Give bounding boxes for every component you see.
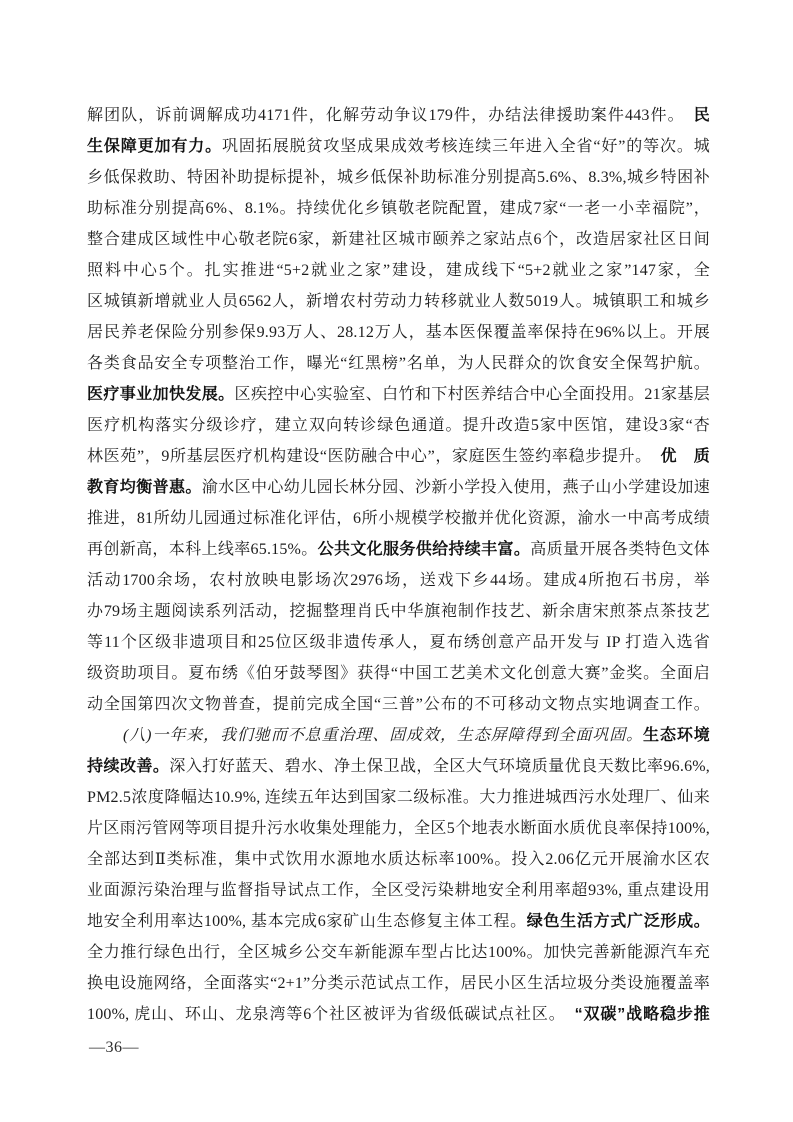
kai-italic-text: (八)一年来，我们驰而不息重治理、固成效，生态屏障得到全面巩固。 <box>123 727 643 744</box>
text-line: 级资助项目。夏布绣《伯牙鼓琴图》获得“中国工艺美术文化创意大赛”金奖。全面启 <box>87 658 710 689</box>
body-text: 区疾控中心实验室、白竹和下村医养结合中心全面投用。21家基层 <box>235 386 710 403</box>
text-line: 办79场主题阅读系列活动，挖掘整理肖氏中华旗袍制作技艺、新余唐宋煎茶点茶技艺 <box>87 596 710 627</box>
body-text: 片区雨污管网等项目提升污水收集处理能力，全区5个地表水断面水质优良率保持100%… <box>87 820 710 837</box>
emphasis-text: 持续改善。 <box>87 758 169 775</box>
emphasis-text: “双碳”战略稳步推 <box>575 1006 710 1023</box>
text-line: 全力推行绿色出行，全区城乡公交车新能源车型占比达100%。加快完善新能源汽车充 <box>87 937 710 968</box>
emphasis-text: 生保障更加有力。 <box>87 138 222 155</box>
text-line: 地安全利用率达100%, 基本完成6家矿山生态修复主体工程。绿色生活方式广泛形成… <box>87 906 710 937</box>
body-text: 全部达到Ⅱ类标准，集中式饮用水源地水质达标率100%。投入2.06亿元开展渝水区… <box>87 851 710 868</box>
text-line: 助标准分别提高6%、8.1%。持续优化乡镇敬老院配置，建成7家“一老一小幸福院”… <box>87 193 710 224</box>
emphasis-text: 生态环境 <box>643 727 710 744</box>
text-line: 各类食品安全专项整治工作，曝光“红黑榜”名单，为人民群众的饮食安全保驾护航。 <box>87 348 710 379</box>
text-line: 100%, 虎山、环山、龙泉湾等6个社区被评为省级低碳试点社区。 “双碳”战略稳… <box>87 999 710 1030</box>
body-text: 助标准分别提高6%、8.1%。持续优化乡镇敬老院配置，建成7家“一老一小幸福院”… <box>87 200 710 217</box>
text-line: 整合建成区域性中心敬老院6家，新建社区城市颐养之家站点6个，改造居家社区日间 <box>87 224 710 255</box>
text-line: 生保障更加有力。巩固拓展脱贫攻坚成果成效考核连续三年进入全省“好”的等次。城 <box>87 131 710 162</box>
document-page: 解团队，诉前调解成功4171件，化解劳动争议179件，办结法律援助案件443件。… <box>0 0 793 1122</box>
body-text: 动全国第四次文物普查，提前完成全国“三普”公布的不可移动文物点实地调查工作。 <box>87 696 710 713</box>
body-text: 巩固拓展脱贫攻坚成果成效考核连续三年进入全省“好”的等次。城 <box>222 138 710 155</box>
body-text: 渝水区中心幼儿园长林分园、沙新小学投入使用，燕子山小学建设加速 <box>202 479 710 496</box>
text-line: PM2.5浓度降幅达10.9%, 连续五年达到国家二级标准。大力推进城西污水处理… <box>87 782 710 813</box>
body-text: 推进，81所幼儿园通过标准化评估，6所小规模学校撤并优化资源，渝水一中高考成绩 <box>87 510 710 527</box>
body-text: 100%, 虎山、环山、龙泉湾等6个社区被评为省级低碳试点社区。 <box>87 1006 575 1023</box>
emphasis-text: 公共文化服务供给持续丰富。 <box>318 541 531 558</box>
text-line: 医疗事业加快发展。区疾控中心实验室、白竹和下村医养结合中心全面投用。21家基层 <box>87 379 710 410</box>
text-line: 活动1700余场，农村放映电影场次2976场，送戏下乡44场。建成4所抱石书房，… <box>87 565 710 596</box>
emphasis-text: 绿色生活方式广泛形成。 <box>527 913 710 930</box>
text-line: 乡低保救助、特困补助提标提补，城乡低保补助标准分别提高5.6%、8.3%,城乡特… <box>87 162 710 193</box>
body-text: 办79场主题阅读系列活动，挖掘整理肖氏中华旗袍制作技艺、新余唐宋煎茶点茶技艺 <box>87 603 710 620</box>
text-line: 教育均衡普惠。渝水区中心幼儿园长林分园、沙新小学投入使用，燕子山小学建设加速 <box>87 472 710 503</box>
body-text: 换电设施网络，全面落实“2+1”分类示范试点工作，居民小区生活垃圾分类设施覆盖率 <box>87 975 710 992</box>
body-text: 居民养老保险分别参保9.93万人、28.12万人，基本医保覆盖率保持在96%以上… <box>87 324 710 341</box>
text-line: 居民养老保险分别参保9.93万人、28.12万人，基本医保覆盖率保持在96%以上… <box>87 317 710 348</box>
body-text: 照料中心5个。扎实推进“5+2就业之家”建设，建成线下“5+2就业之家”147家… <box>87 262 710 279</box>
text-line: (八)一年来，我们驰而不息重治理、固成效，生态屏障得到全面巩固。生态环境 <box>87 720 710 751</box>
body-text: 活动1700余场，农村放映电影场次2976场，送戏下乡44场。建成4所抱石书房，… <box>87 572 710 589</box>
text-line: 换电设施网络，全面落实“2+1”分类示范试点工作，居民小区生活垃圾分类设施覆盖率 <box>87 968 710 999</box>
body-text: 林医苑”，9所基层医疗机构建设“医防融合中心”，家庭医生签约率稳步提升。 <box>87 448 660 465</box>
body-text: 再创新高，本科上线率65.15%。 <box>87 541 318 558</box>
body-text: 地安全利用率达100%, 基本完成6家矿山生态修复主体工程。 <box>87 913 527 930</box>
text-line: 区城镇新增就业人员6562人，新增农村劳动力转移就业人数5019人。城镇职工和城… <box>87 286 710 317</box>
text-line: 再创新高，本科上线率65.15%。公共文化服务供给持续丰富。高质量开展各类特色文… <box>87 534 710 565</box>
text-line: 等11个区级非遗项目和25位区级非遗传承人，夏布绣创意产品开发与 IP 打造入选… <box>87 627 710 658</box>
text-line: 推进，81所幼儿园通过标准化评估，6所小规模学校撤并优化资源，渝水一中高考成绩 <box>87 503 710 534</box>
body-text: 整合建成区域性中心敬老院6家，新建社区城市颐养之家站点6个，改造居家社区日间 <box>87 231 710 248</box>
text-line: 片区雨污管网等项目提升污水收集处理能力，全区5个地表水断面水质优良率保持100%… <box>87 813 710 844</box>
text-line: 全部达到Ⅱ类标准，集中式饮用水源地水质达标率100%。投入2.06亿元开展渝水区… <box>87 844 710 875</box>
body-text: 级资助项目。夏布绣《伯牙鼓琴图》获得“中国工艺美术文化创意大赛”金奖。全面启 <box>87 665 710 682</box>
emphasis-text: 民 <box>694 107 710 124</box>
text-line: 动全国第四次文物普查，提前完成全国“三普”公布的不可移动文物点实地调查工作。 <box>87 689 710 720</box>
text-line: 医疗机构落实分级诊疗，建立双向转诊绿色通道。提升改造5家中医馆，建设3家“杏 <box>87 410 710 441</box>
body-text: 等11个区级非遗项目和25位区级非遗传承人，夏布绣创意产品开发与 IP 打造入选… <box>87 634 710 651</box>
text-line: 照料中心5个。扎实推进“5+2就业之家”建设，建成线下“5+2就业之家”147家… <box>87 255 710 286</box>
body-text: 乡低保救助、特困补助提标提补，城乡低保补助标准分别提高5.6%、8.3%,城乡特… <box>87 169 710 186</box>
body-text: 深入打好蓝天、碧水、净土保卫战，全区大气环境质量优良天数比率96.6%, <box>169 758 710 775</box>
body-text: 解团队，诉前调解成功4171件，化解劳动争议179件，办结法律援助案件443件。 <box>87 107 694 124</box>
report-text-block: 解团队，诉前调解成功4171件，化解劳动争议179件，办结法律援助案件443件。… <box>87 100 710 1030</box>
text-line: 解团队，诉前调解成功4171件，化解劳动争议179件，办结法律援助案件443件。… <box>87 100 710 131</box>
text-line: 业面源污染治理与监督指导试点工作，全区受污染耕地安全利用率超93%, 重点建设用 <box>87 875 710 906</box>
page-number: —36— <box>89 1038 139 1058</box>
text-line: 持续改善。深入打好蓝天、碧水、净土保卫战，全区大气环境质量优良天数比率96.6%… <box>87 751 710 782</box>
emphasis-text: 教育均衡普惠。 <box>87 479 202 496</box>
body-text: 业面源污染治理与监督指导试点工作，全区受污染耕地安全利用率超93%, 重点建设用 <box>87 882 710 899</box>
body-text: 全力推行绿色出行，全区城乡公交车新能源车型占比达100%。加快完善新能源汽车充 <box>87 944 710 961</box>
body-text: 各类食品安全专项整治工作，曝光“红黑榜”名单，为人民群众的饮食安全保驾护航。 <box>87 355 710 372</box>
body-text: 高质量开展各类特色文体 <box>530 541 710 558</box>
emphasis-text: 优 质 <box>660 448 710 465</box>
emphasis-text: 医疗事业加快发展。 <box>87 386 235 403</box>
body-text: 医疗机构落实分级诊疗，建立双向转诊绿色通道。提升改造5家中医馆，建设3家“杏 <box>87 417 710 434</box>
body-text: PM2.5浓度降幅达10.9%, 连续五年达到国家二级标准。大力推进城西污水处理… <box>87 789 710 806</box>
body-text: 区城镇新增就业人员6562人，新增农村劳动力转移就业人数5019人。城镇职工和城… <box>87 293 710 310</box>
text-line: 林医苑”，9所基层医疗机构建设“医防融合中心”，家庭医生签约率稳步提升。 优 质 <box>87 441 710 472</box>
